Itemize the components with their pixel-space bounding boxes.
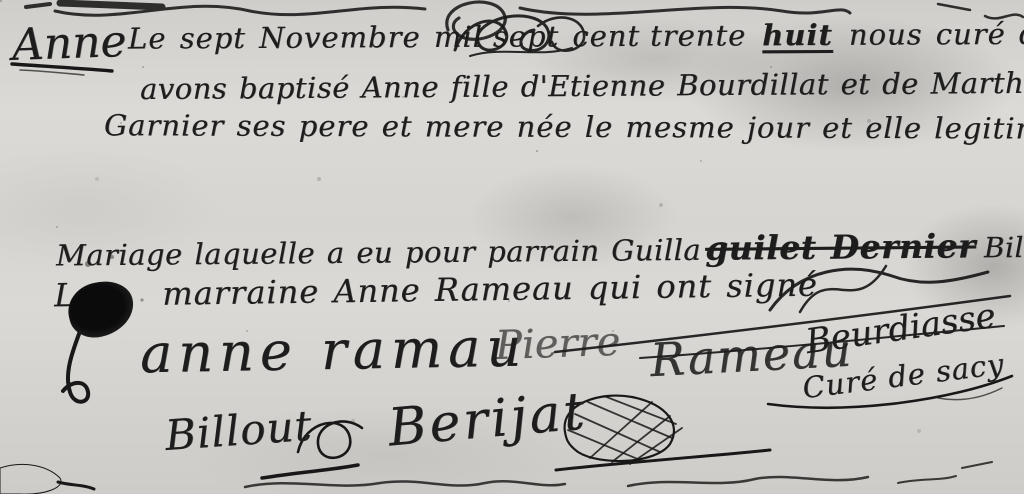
manuscript-scan-page: Anne Le sept Novembre milsept centtrente… <box>0 0 1024 494</box>
line1-cure-de-sacy: nous curé de sacy <box>849 16 1024 52</box>
record-line-3: Garnier ses pere et mere née le mesme jo… <box>104 111 1024 143</box>
line4-struck-words: guilet Dernier <box>705 226 976 267</box>
signature-anne-rameau: anne ramau <box>140 321 528 382</box>
bottom-left-ink-blob <box>0 464 94 494</box>
record-line-4: Mariage laquelle a eu pour parrain Guill… <box>56 229 1024 271</box>
margin-note-child-name: Anne <box>11 20 127 68</box>
line1-overwritten-part: sept cent <box>493 19 640 54</box>
signature-berijat: Berijat <box>386 385 589 454</box>
paper-speckles <box>0 0 2 2</box>
signature-pierre: Pierre <box>494 322 621 366</box>
line1-trente: trente <box>650 18 746 53</box>
paraph-mark-f <box>63 326 88 402</box>
line5-marraine-part: marraine Anne Rameau qui ont signé <box>162 266 818 313</box>
cutoff-next-record-strokes <box>245 462 992 487</box>
signature-billout: Billout <box>164 405 314 457</box>
line1-huit-underlined: huit <box>762 18 833 52</box>
line1-date-part: Le sept Novembre mil <box>128 20 483 56</box>
record-line-1: Le sept Novembre milsept centtrentehuitn… <box>128 19 1024 53</box>
record-line-2: avons baptisé Anne fille d'Etienne Bourd… <box>140 69 1024 104</box>
line4-billoue: Billoué <box>984 231 1024 265</box>
line4-parrain-part: Mariage laquelle a eu pour parrain Guill… <box>56 233 701 273</box>
record-line-5: Lmarraine Anne Rameau qui ont signé <box>54 269 818 312</box>
